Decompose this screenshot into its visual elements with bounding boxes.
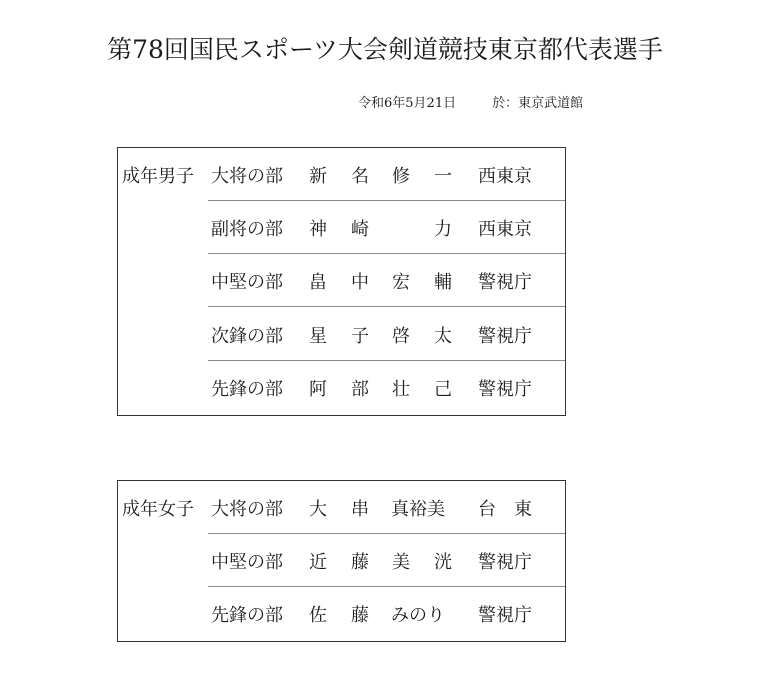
event-date: 令和6年5月21日 [358,96,456,111]
name-char: 串 [350,495,370,521]
category-label: 成年女子 [122,495,194,521]
name-char: 星 [308,322,328,348]
affiliation: 西東京 [478,162,532,188]
name-char: 洸 [433,548,453,574]
name-char: 一 [433,162,453,188]
name-char: 新 [308,162,328,188]
name-char: 大 [308,495,328,521]
affiliation: 警視庁 [478,601,532,627]
name-char: 佐 [308,601,328,627]
roster-row: 中堅の部 畠 中 宏 輔 警視庁 [118,254,565,307]
affiliation: 台 東 [478,495,532,521]
name-char: 己 [433,375,453,401]
name-char: 阿 [308,375,328,401]
roster-row: 成年男子 大将の部 新 名 修 一 西東京 [118,148,565,201]
name-char: 太 [433,322,453,348]
men-roster-table: 成年男子 大将の部 新 名 修 一 西東京 副将の部 神 崎 力 西東京 中堅の… [117,147,566,416]
division-label: 中堅の部 [211,268,283,294]
roster-row: 先鋒の部 佐 藤 みのり 警視庁 [118,587,565,640]
affiliation: 警視庁 [478,268,532,294]
name-char: 修 [391,162,411,188]
affiliation: 西東京 [478,215,532,241]
roster-row: 副将の部 神 崎 力 西東京 [118,201,565,254]
category-label: 成年男子 [122,162,194,188]
affiliation: 警視庁 [478,375,532,401]
roster-row: 次鋒の部 星 子 啓 太 警視庁 [118,308,565,361]
name-char: 近 [308,548,328,574]
roster-row: 中堅の部 近 藤 美 洸 警視庁 [118,534,565,587]
affiliation: 警視庁 [478,548,532,574]
given-name: 真裕美 [391,495,445,521]
division-label: 大将の部 [211,162,283,188]
name-char: 崎 [350,215,370,241]
division-label: 大将の部 [211,495,283,521]
document-title: 第78回国民スポーツ大会剣道競技東京都代表選手 [0,30,760,66]
division-label: 先鋒の部 [211,601,283,627]
roster-row: 成年女子 大将の部 大 串 真裕美 台 東 [118,481,565,534]
name-char: 宏 [391,268,411,294]
name-char: 啓 [391,322,411,348]
name-char: 畠 [308,268,328,294]
name-char: 藤 [350,601,370,627]
name-char: 神 [308,215,328,241]
event-meta: 令和6年5月21日於：東京武道館 [358,92,583,111]
row-divider [208,306,565,307]
name-char: 藤 [350,548,370,574]
event-venue: 於：東京武道館 [492,96,583,111]
division-label: 副将の部 [211,215,283,241]
name-char: 力 [433,215,453,241]
name-char: 美 [391,548,411,574]
name-char: 中 [350,268,370,294]
division-label: 先鋒の部 [211,375,283,401]
affiliation: 警視庁 [478,322,532,348]
given-name: みのり [391,601,445,627]
name-char: 名 [350,162,370,188]
name-char: 子 [350,322,370,348]
division-label: 中堅の部 [211,548,283,574]
name-char: 輔 [433,268,453,294]
name-char: 壮 [391,375,411,401]
roster-row: 先鋒の部 阿 部 壮 己 警視庁 [118,361,565,414]
division-label: 次鋒の部 [211,322,283,348]
women-roster-table: 成年女子 大将の部 大 串 真裕美 台 東 中堅の部 近 藤 美 洸 警視庁 先… [117,480,566,642]
name-char: 部 [350,375,370,401]
